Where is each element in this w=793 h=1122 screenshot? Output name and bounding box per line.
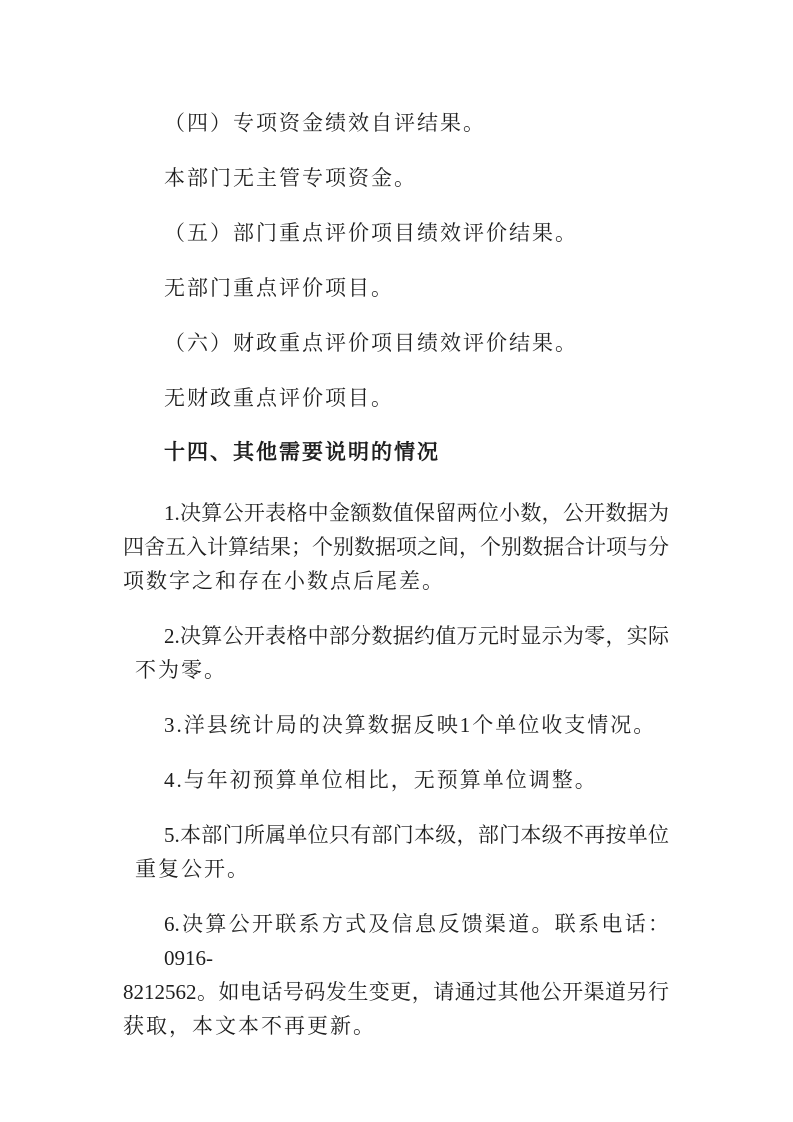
paragraph-line: 8212562。如电话号码发生变更，请通过其他公开渠道另行 (123, 975, 669, 1009)
paragraph-line: 6.决算公开联系方式及信息反馈渠道。联系电话：0916- (123, 907, 669, 975)
paragraph-line: 2.决算公开表格中部分数据约值万元时显示为零，实际 (123, 619, 669, 653)
paragraph-line: （四）专项资金绩效自评结果。 (123, 106, 669, 140)
paragraph: 本部门无主管专项资金。 (123, 161, 669, 195)
section-heading: 十四、其他需要说明的情况 (123, 436, 669, 470)
paragraph-line: 无部门重点评价项目。 (123, 271, 669, 305)
paragraph-line: 4.与年初预算单位相比，无预算单位调整。 (123, 763, 669, 797)
paragraph: （五）部门重点评价项目绩效评价结果。 (123, 216, 669, 250)
paragraph: （六）财政重点评价项目绩效评价结果。 (123, 326, 669, 360)
paragraph: （四）专项资金绩效自评结果。 (123, 106, 669, 140)
paragraph-line: 本部门无主管专项资金。 (123, 161, 669, 195)
paragraph-line: 获取，本文本不再更新。 (123, 1009, 669, 1043)
paragraph-line: （五）部门重点评价项目绩效评价结果。 (123, 216, 669, 250)
paragraph: 5.本部门所属单位只有部门本级，部门本级不再按单位 重复公开。 (123, 818, 669, 886)
paragraph: 4.与年初预算单位相比，无预算单位调整。 (123, 763, 669, 797)
paragraph: 3.洋县统计局的决算数据反映1个单位收支情况。 (123, 708, 669, 742)
paragraph: 1.决算公开表格中金额数值保留两位小数，公开数据为 四舍五入计算结果；个别数据项… (123, 496, 669, 598)
paragraph-line: 1.决算公开表格中金额数值保留两位小数，公开数据为 (123, 496, 669, 530)
paragraph-line: 无财政重点评价项目。 (123, 381, 669, 415)
document-page: （四）专项资金绩效自评结果。 本部门无主管专项资金。 （五）部门重点评价项目绩效… (0, 0, 793, 1122)
paragraph-line: 四舍五入计算结果；个别数据项之间，个别数据合计项与分 (123, 530, 669, 564)
paragraph-line: 项数字之和存在小数点后尾差。 (123, 564, 669, 598)
paragraph-line: 3.洋县统计局的决算数据反映1个单位收支情况。 (123, 708, 669, 742)
paragraph-line: （六）财政重点评价项目绩效评价结果。 (123, 326, 669, 360)
paragraph-line: 不为零。 (123, 653, 669, 687)
paragraph: 无财政重点评价项目。 (123, 381, 669, 415)
document-body: （四）专项资金绩效自评结果。 本部门无主管专项资金。 （五）部门重点评价项目绩效… (123, 106, 669, 1064)
paragraph: 无部门重点评价项目。 (123, 271, 669, 305)
paragraph-line: 5.本部门所属单位只有部门本级，部门本级不再按单位 (123, 818, 669, 852)
paragraph-line: 重复公开。 (123, 852, 669, 886)
paragraph: 2.决算公开表格中部分数据约值万元时显示为零，实际 不为零。 (123, 619, 669, 687)
section-heading-text: 十四、其他需要说明的情况 (123, 436, 669, 470)
paragraph: 6.决算公开联系方式及信息反馈渠道。联系电话：0916- 8212562。如电话… (123, 907, 669, 1043)
